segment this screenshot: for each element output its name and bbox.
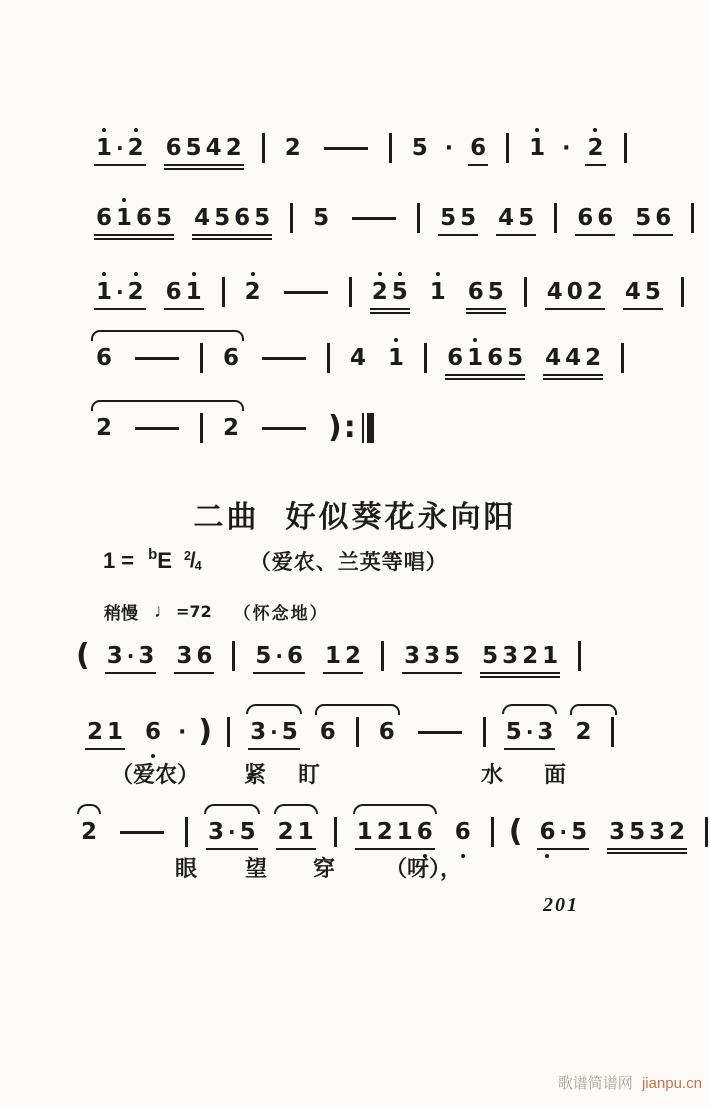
music-line-6: (3·3365·6123355321 bbox=[70, 636, 590, 676]
duration-dash bbox=[262, 427, 306, 430]
barline bbox=[554, 203, 557, 233]
equals-sign: = bbox=[121, 548, 134, 574]
note-group: 6 bbox=[377, 718, 397, 746]
dot-separator: · bbox=[524, 718, 536, 746]
lyrics-line-2: 眼望穿（呀）， bbox=[76, 852, 710, 882]
digit: 1 bbox=[94, 134, 114, 162]
digit: 6 bbox=[285, 642, 305, 670]
digit: 4 bbox=[543, 344, 563, 372]
digit: 6 bbox=[468, 134, 488, 162]
note-group: 2 bbox=[221, 414, 241, 442]
digit: 1 bbox=[114, 204, 134, 232]
digit: 5 bbox=[480, 642, 500, 670]
barline bbox=[506, 133, 509, 163]
barline bbox=[483, 717, 486, 747]
digit: 4 bbox=[192, 204, 212, 232]
digit: 5 bbox=[253, 642, 273, 670]
lyric-syllable: 水 bbox=[481, 758, 503, 789]
digit: 6 bbox=[164, 278, 184, 306]
digit: 6 bbox=[485, 344, 505, 372]
note-group: 12 bbox=[323, 642, 363, 670]
digit: 6 bbox=[134, 204, 154, 232]
note-group: 5·3 bbox=[504, 718, 556, 746]
note-group: 6 bbox=[453, 818, 473, 846]
digit: 2 bbox=[243, 278, 263, 306]
note-group: 1216 bbox=[355, 818, 435, 846]
digit: 2 bbox=[585, 134, 605, 162]
digit: 5 bbox=[505, 344, 525, 372]
digit: 2 bbox=[583, 344, 603, 372]
music-line-2: 61654565555456656 bbox=[85, 198, 703, 238]
note-group: 2 bbox=[573, 718, 593, 746]
note-group: 21 bbox=[85, 718, 125, 746]
barline bbox=[389, 133, 392, 163]
digit: 6 bbox=[94, 204, 114, 232]
note-group: 442 bbox=[543, 344, 603, 372]
tie-arc: 2 bbox=[564, 717, 623, 747]
note-group: 5 bbox=[311, 204, 331, 232]
digit: 1 bbox=[323, 642, 343, 670]
parenthesis: ) bbox=[198, 717, 212, 747]
digit: 1 bbox=[355, 818, 375, 846]
digit: 5 bbox=[486, 278, 506, 306]
dot-separator: · bbox=[226, 818, 238, 846]
duration-dash bbox=[135, 427, 179, 430]
digit: 3 bbox=[206, 818, 226, 846]
barline bbox=[621, 343, 624, 373]
note-group: 6 bbox=[94, 344, 114, 372]
digit: 2 bbox=[343, 642, 363, 670]
note-group: 1·2 bbox=[94, 134, 146, 162]
digit: 6 bbox=[232, 204, 252, 232]
music-line-7: 216·)3·5665·32 bbox=[76, 712, 623, 752]
duration-dash bbox=[284, 291, 328, 294]
song-title-prefix: 二曲 bbox=[194, 501, 260, 534]
digit: 1 bbox=[184, 278, 204, 306]
song-title: 二曲好似葵花永向阳 bbox=[0, 492, 710, 536]
meter-denominator: 4 bbox=[195, 559, 202, 573]
digit: 5 bbox=[516, 204, 536, 232]
digit: 2 bbox=[520, 642, 540, 670]
note-group: 6 bbox=[221, 344, 241, 372]
digit: 6 bbox=[466, 278, 486, 306]
note-group: 4 bbox=[348, 344, 368, 372]
duration-dash bbox=[262, 357, 306, 360]
note-group: 6·5 bbox=[537, 818, 589, 846]
mood-label: （怀念地） bbox=[234, 599, 329, 624]
barline bbox=[222, 277, 225, 307]
key-note: E bbox=[157, 548, 172, 574]
tempo-row: 稍慢 ♩ =72 （怀念地） bbox=[104, 599, 329, 624]
digit: 1 bbox=[465, 344, 485, 372]
digit: 2 bbox=[667, 818, 687, 846]
note-group: 6 bbox=[318, 718, 338, 746]
digit: 2 bbox=[79, 818, 99, 846]
flat-sign: b bbox=[148, 546, 157, 563]
note-group: 56 bbox=[633, 204, 673, 232]
note-group: 6165 bbox=[94, 204, 174, 232]
barline bbox=[262, 133, 265, 163]
barline bbox=[491, 817, 494, 847]
digit: 1 bbox=[386, 344, 406, 372]
digit: 3 bbox=[174, 642, 194, 670]
dot-separator: · bbox=[268, 718, 280, 746]
digit: 5 bbox=[311, 204, 331, 232]
lyric-syllable: 面 bbox=[544, 758, 566, 789]
digit: 5 bbox=[442, 642, 462, 670]
digit: 4 bbox=[348, 344, 368, 372]
digit: 5 bbox=[410, 134, 430, 162]
barline bbox=[356, 717, 359, 747]
digit: 4 bbox=[545, 278, 565, 306]
digit: 4 bbox=[623, 278, 643, 306]
digit: 2 bbox=[585, 278, 605, 306]
digit: 5 bbox=[238, 818, 258, 846]
digit: 2 bbox=[224, 134, 244, 162]
dot-separator: · bbox=[114, 134, 126, 162]
digit: 6 bbox=[537, 818, 557, 846]
note-group: 5 bbox=[410, 134, 430, 162]
duration-dash bbox=[352, 217, 396, 220]
barline bbox=[334, 817, 337, 847]
digit: 3 bbox=[402, 642, 422, 670]
music-line-3: 1·26122516540245 bbox=[85, 272, 693, 312]
barline bbox=[381, 641, 384, 671]
thin-barline bbox=[362, 413, 365, 443]
note-group: 66 bbox=[575, 204, 615, 232]
digit: 3 bbox=[422, 642, 442, 670]
digit: 2 bbox=[126, 278, 146, 306]
meter-numerator: 2 bbox=[184, 549, 191, 563]
time-signature: 2/4 bbox=[184, 549, 202, 573]
lyric-syllable: （爱农） bbox=[111, 758, 199, 789]
digit: 1 bbox=[428, 278, 448, 306]
digit: 5 bbox=[390, 278, 410, 306]
music-line-4: 66416165442 bbox=[85, 338, 633, 378]
lyric-syllable: （呀）， bbox=[385, 852, 462, 883]
digit: 4 bbox=[563, 344, 583, 372]
digit: 6 bbox=[415, 818, 435, 846]
note-group: 6 bbox=[468, 134, 488, 162]
augmentation-dot: · bbox=[178, 720, 186, 745]
note-group: 2 bbox=[243, 278, 263, 306]
digit: 5 bbox=[627, 818, 647, 846]
digit: 5 bbox=[504, 718, 524, 746]
note-group: 36 bbox=[174, 642, 214, 670]
music-line-1: 1·2654225·61·2 bbox=[85, 128, 636, 168]
digit: 3 bbox=[136, 642, 156, 670]
digit: 5 bbox=[252, 204, 272, 232]
digit: 5 bbox=[212, 204, 232, 232]
digit: 5 bbox=[438, 204, 458, 232]
note-group: 45 bbox=[623, 278, 663, 306]
note-group: 6 bbox=[143, 718, 163, 746]
note-group: 6165 bbox=[445, 344, 525, 372]
barline bbox=[349, 277, 352, 307]
singers-label: （爱农、兰英等唱） bbox=[250, 546, 448, 576]
digit: 5 bbox=[633, 204, 653, 232]
note-group: 2 bbox=[94, 414, 114, 442]
tonic-number: 1 bbox=[103, 548, 115, 574]
song-title-main: 好似葵花永向阳 bbox=[286, 501, 517, 534]
barline bbox=[624, 133, 627, 163]
note-group: 335 bbox=[402, 642, 462, 670]
digit: 6 bbox=[445, 344, 465, 372]
digit: 6 bbox=[653, 204, 673, 232]
digit: 3 bbox=[500, 642, 520, 670]
note-group: 55 bbox=[438, 204, 478, 232]
lyric-syllable: 紧 bbox=[244, 758, 266, 789]
sheet-music-page: 1·2654225·61·2 61654565555456656 1·26122… bbox=[0, 0, 710, 1109]
lyric-syllable: 穿 bbox=[313, 852, 335, 883]
digit: 2 bbox=[126, 134, 146, 162]
digit: 2 bbox=[94, 414, 114, 442]
lyric-syllable: 眼 bbox=[175, 852, 197, 883]
digit: 1 bbox=[94, 278, 114, 306]
barline bbox=[705, 817, 708, 847]
duration-dash bbox=[418, 731, 462, 734]
thick-barline bbox=[367, 413, 374, 443]
digit: 2 bbox=[85, 718, 105, 746]
note-group: 21 bbox=[276, 818, 316, 846]
augmentation-dot: · bbox=[445, 136, 453, 161]
digit: 6 bbox=[164, 134, 184, 162]
barline bbox=[327, 343, 330, 373]
note-group: 5321 bbox=[480, 642, 560, 670]
digit: 3 bbox=[535, 718, 555, 746]
note-group: 45 bbox=[496, 204, 536, 232]
digit: 1 bbox=[540, 642, 560, 670]
note-group: 3·5 bbox=[206, 818, 258, 846]
digit: 2 bbox=[573, 718, 593, 746]
note-group: 1·2 bbox=[94, 278, 146, 306]
barline bbox=[417, 203, 420, 233]
digit: 5 bbox=[154, 204, 174, 232]
digit: 6 bbox=[377, 718, 397, 746]
dot-separator: · bbox=[273, 642, 285, 670]
barline bbox=[691, 203, 694, 233]
watermark-domain: jianpu.cn bbox=[642, 1075, 702, 1092]
page-number: 201 bbox=[543, 894, 579, 917]
tie-arc: 66 bbox=[309, 717, 406, 747]
watermark-site-name: 歌谱简谱网 bbox=[558, 1075, 633, 1092]
digit: 2 bbox=[276, 818, 296, 846]
digit: 5 bbox=[184, 134, 204, 162]
digit: 2 bbox=[375, 818, 395, 846]
barline bbox=[681, 277, 684, 307]
digit: 2 bbox=[221, 414, 241, 442]
digit: 6 bbox=[453, 818, 473, 846]
note-group: 3·3 bbox=[105, 642, 157, 670]
tempo-label: 稍慢 bbox=[104, 599, 138, 624]
note-group: 3·5 bbox=[248, 718, 300, 746]
duration-dash bbox=[324, 147, 368, 150]
barline bbox=[200, 343, 203, 373]
barline bbox=[185, 817, 188, 847]
note-group: 1 bbox=[428, 278, 448, 306]
dot-separator: · bbox=[558, 818, 570, 846]
key-signature-row: 1 = b E 2/4 （爱农、兰英等唱） bbox=[103, 546, 448, 576]
digit: 1 bbox=[296, 818, 316, 846]
digit: 4 bbox=[496, 204, 516, 232]
note-group: 1 bbox=[527, 134, 547, 162]
barline bbox=[232, 641, 235, 671]
note-group: 402 bbox=[545, 278, 605, 306]
digit: 5 bbox=[569, 818, 589, 846]
barline bbox=[424, 343, 427, 373]
watermark-link[interactable]: 歌谱简谱网 jianpu.cn bbox=[558, 1072, 702, 1093]
digit: 3 bbox=[248, 718, 268, 746]
note-group: 1 bbox=[386, 344, 406, 372]
augmentation-dot: · bbox=[562, 136, 570, 161]
tempo-bpm: =72 bbox=[176, 602, 212, 621]
music-line-8: 23·52112166(6·53532 bbox=[70, 812, 710, 852]
digit: 6 bbox=[194, 642, 214, 670]
note-group: 6542 bbox=[164, 134, 244, 162]
duration-dash bbox=[120, 831, 164, 834]
end-repeat-sign: ): bbox=[322, 413, 374, 443]
lyric-syllable: 望 bbox=[245, 852, 267, 883]
parenthesis: ( bbox=[509, 817, 523, 847]
digit: 3 bbox=[105, 642, 125, 670]
digit: 3 bbox=[607, 818, 627, 846]
digit: 6 bbox=[575, 204, 595, 232]
digit: 1 bbox=[527, 134, 547, 162]
note-group: 2 bbox=[283, 134, 303, 162]
digit: 3 bbox=[647, 818, 667, 846]
digit: 5 bbox=[280, 718, 300, 746]
note-group: 5·6 bbox=[253, 642, 305, 670]
digit: 6 bbox=[221, 344, 241, 372]
digit: 2 bbox=[283, 134, 303, 162]
tie-arc: 66 bbox=[85, 343, 250, 373]
barline bbox=[200, 413, 203, 443]
note-group: 25 bbox=[370, 278, 410, 306]
digit: 6 bbox=[595, 204, 615, 232]
duration-dash bbox=[135, 357, 179, 360]
tie-arc: 22 bbox=[85, 413, 250, 443]
note-group: 4565 bbox=[192, 204, 272, 232]
digit: 1 bbox=[395, 818, 415, 846]
note-group: 3532 bbox=[607, 818, 687, 846]
dot-separator: · bbox=[114, 278, 126, 306]
digit: 6 bbox=[143, 718, 163, 746]
parenthesis: ( bbox=[76, 641, 90, 671]
digit: 5 bbox=[643, 278, 663, 306]
quarter-note-icon: ♩ bbox=[154, 601, 173, 623]
note-group: 2 bbox=[79, 818, 99, 846]
music-line-5: 22): bbox=[85, 408, 374, 448]
digit: 2 bbox=[370, 278, 390, 306]
dot-separator: · bbox=[125, 642, 137, 670]
barline bbox=[227, 717, 230, 747]
digit: 5 bbox=[458, 204, 478, 232]
note-group: 2 bbox=[585, 134, 605, 162]
barline bbox=[290, 203, 293, 233]
repeat-colon: ): bbox=[328, 413, 358, 443]
digit: 1 bbox=[105, 718, 125, 746]
digit: 4 bbox=[204, 134, 224, 162]
note-group: 65 bbox=[466, 278, 506, 306]
digit: 6 bbox=[94, 344, 114, 372]
barline bbox=[611, 717, 614, 747]
note-group: 61 bbox=[164, 278, 204, 306]
barline bbox=[578, 641, 581, 671]
digit: 6 bbox=[318, 718, 338, 746]
lyrics-line-1: （爱农）紧盯水面 bbox=[76, 758, 710, 788]
barline bbox=[524, 277, 527, 307]
lyric-syllable: 盯 bbox=[298, 758, 320, 789]
digit: 0 bbox=[565, 278, 585, 306]
